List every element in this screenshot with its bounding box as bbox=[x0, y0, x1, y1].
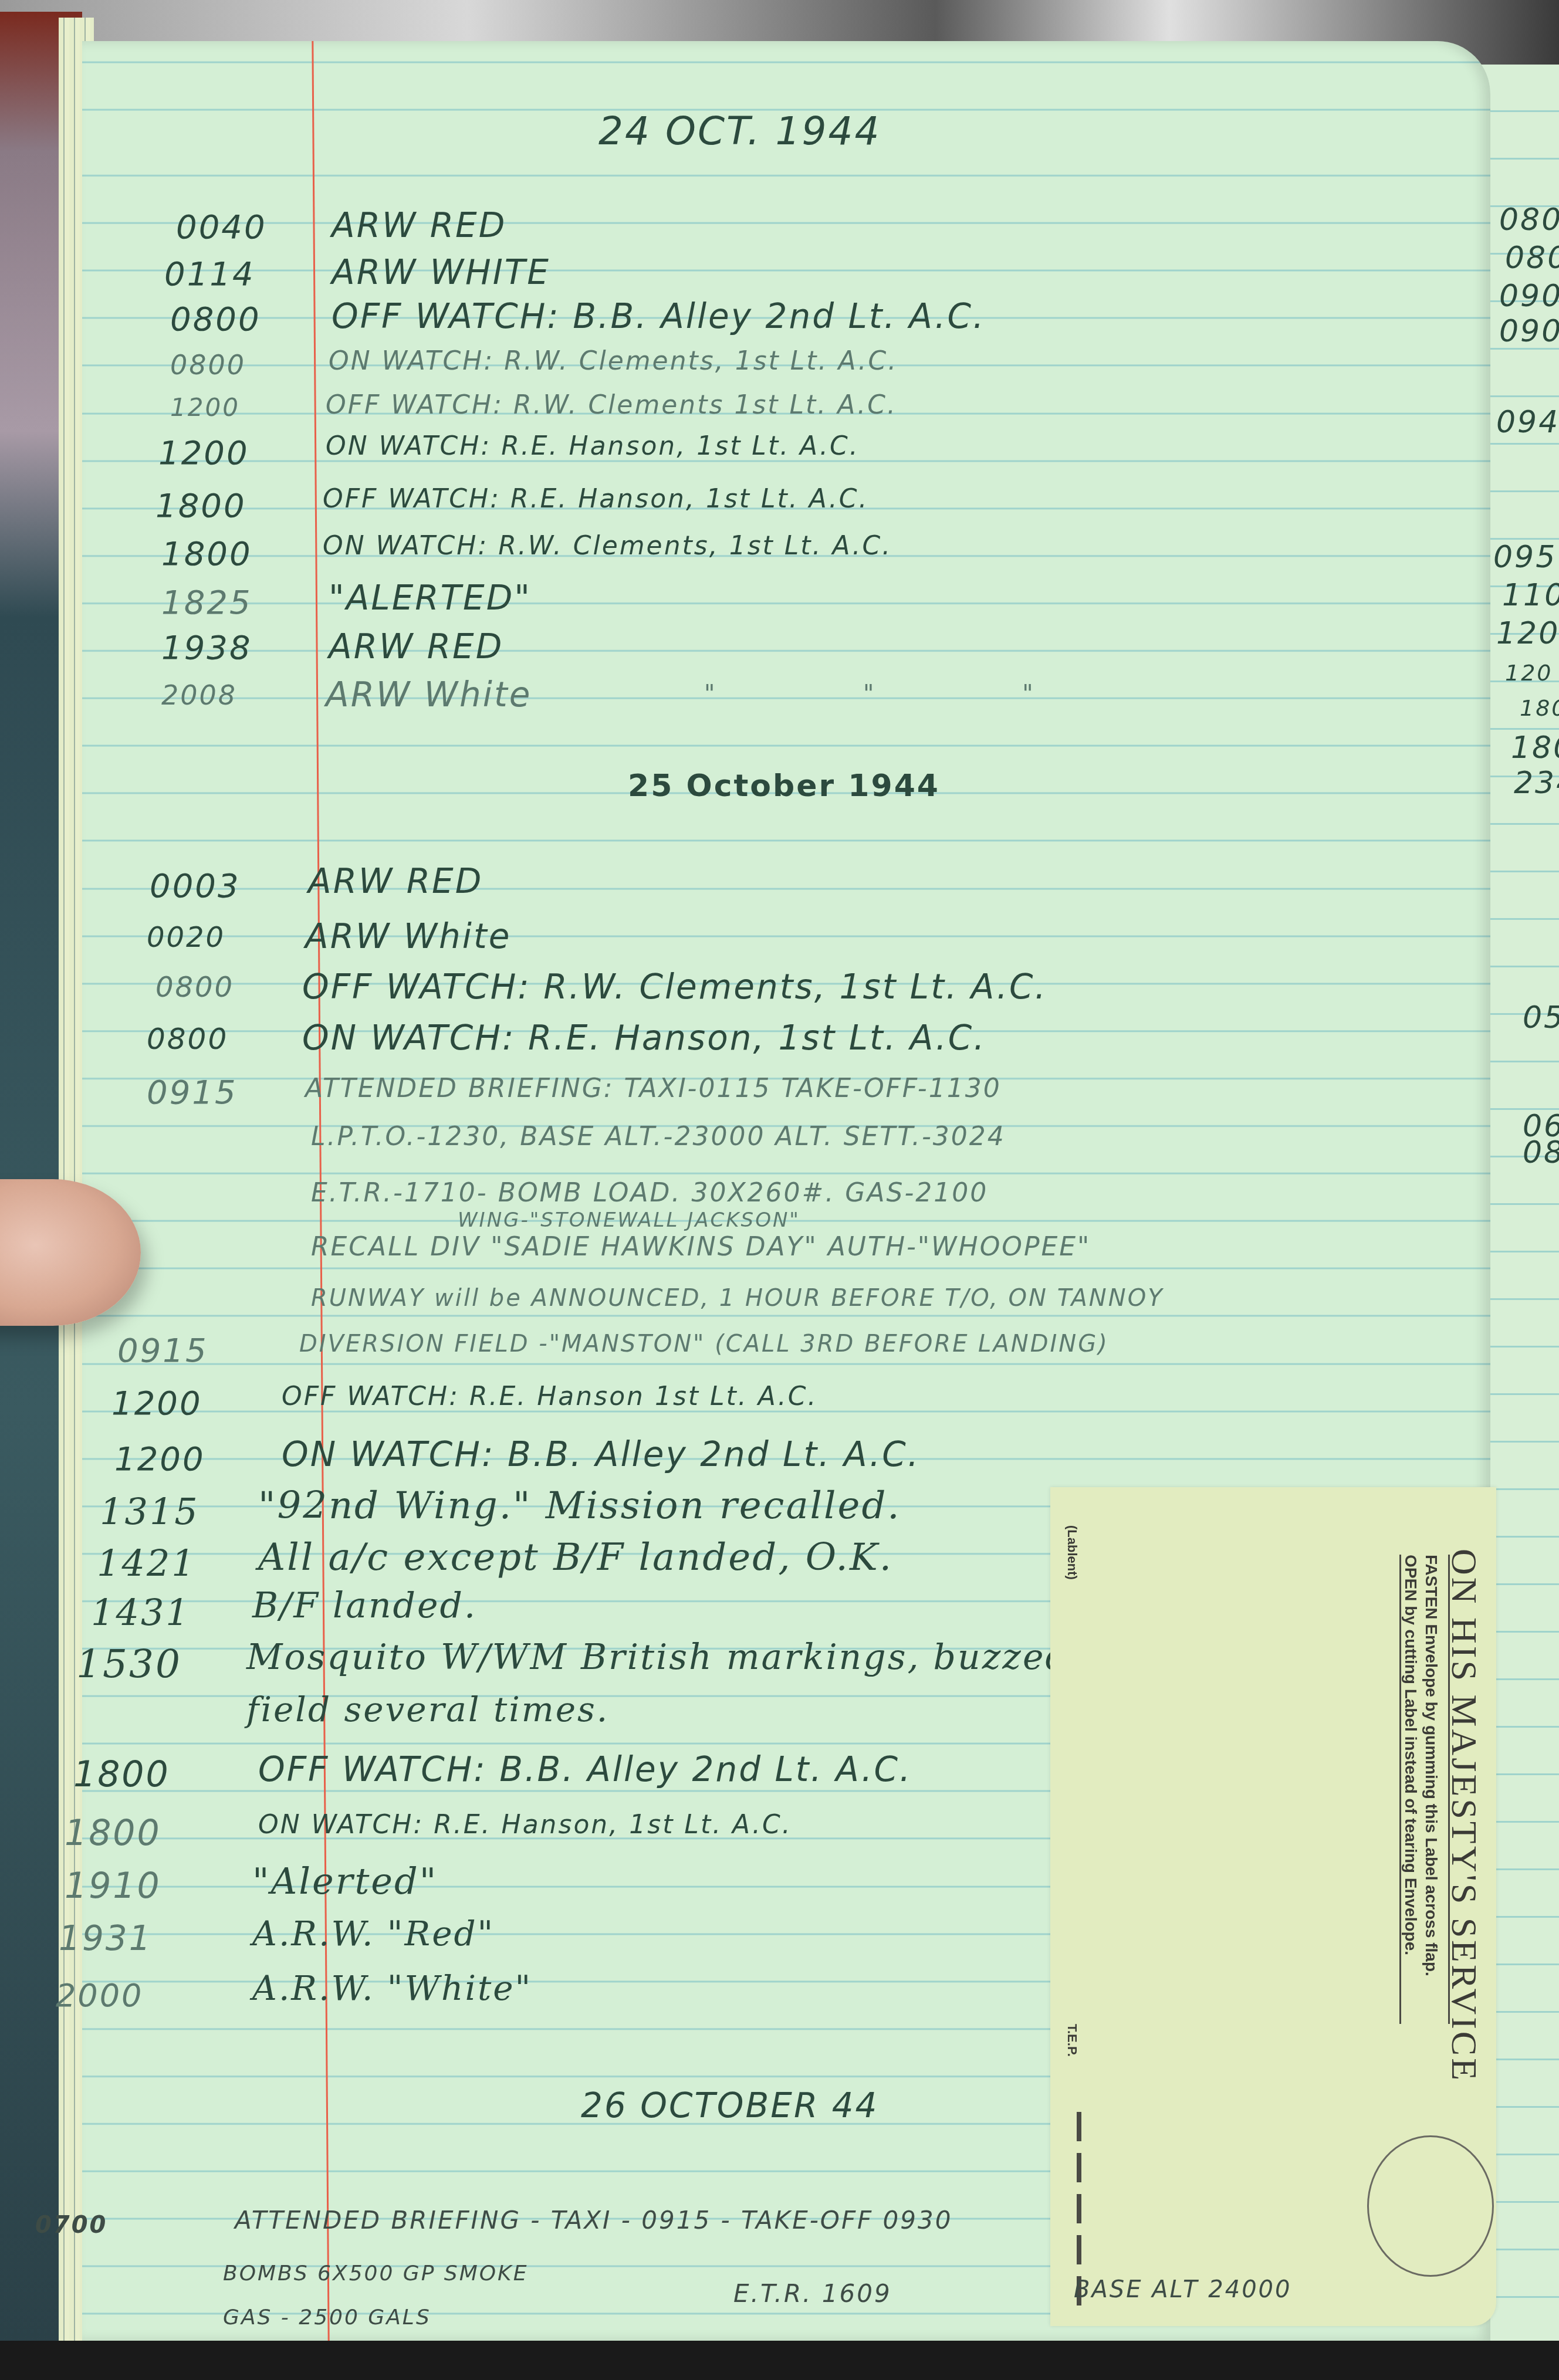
edge-time: 0900 bbox=[1499, 314, 1559, 349]
entry-text: OFF WATCH: R.E. Hanson, 1st Lt. A.C. bbox=[323, 484, 868, 514]
envelope-instruction-open: OPEN by cutting Label instead of tearing… bbox=[1401, 1555, 1420, 1955]
date-header-25-oct: 25 October 1944 bbox=[628, 768, 940, 804]
entry-text: ARW White bbox=[305, 916, 511, 956]
entry-time: 0114 bbox=[164, 255, 255, 293]
entry-text: RUNWAY will be ANNOUNCED, 1 HOUR BEFORE … bbox=[311, 1285, 1164, 1312]
entry-text: ARW WHITE bbox=[332, 252, 550, 292]
edge-time: 180 bbox=[1511, 730, 1559, 766]
entry-time: 1800 bbox=[73, 1754, 170, 1795]
entry-time: 1200 bbox=[111, 1384, 202, 1423]
edge-time: 120 bbox=[1505, 660, 1553, 686]
entry-text: A.R.W. "Red" bbox=[252, 1914, 495, 1954]
date-header-24-oct: 24 OCT. 1944 bbox=[598, 109, 881, 154]
entry-text: All a/c except B/F landed, O.K. bbox=[258, 1536, 893, 1579]
entry-time: 1938 bbox=[161, 629, 252, 667]
entry-text: OFF WATCH: R.W. Clements, 1st Lt. A.C. bbox=[302, 967, 1047, 1007]
entry-time: 0800 bbox=[147, 1022, 228, 1056]
entry-time: 1800 bbox=[155, 487, 246, 525]
entry-text: ON WATCH: R.W. Clements, 1st Lt. A.C. bbox=[329, 346, 898, 376]
entry-time: 1931 bbox=[59, 1918, 153, 1958]
edge-time: 120 bbox=[1496, 616, 1559, 651]
entry-text: E.T.R.-1710- BOMB LOAD. 30X260#. GAS-210… bbox=[311, 1178, 988, 1208]
entry-time: 2008 bbox=[161, 679, 237, 711]
edge-time: 095 bbox=[1493, 540, 1557, 575]
entry-time: 1800 bbox=[65, 1813, 161, 1854]
entry-text: A.R.W. "White" bbox=[252, 1968, 532, 2008]
edge-time: 0900 bbox=[1499, 279, 1559, 314]
edge-time: 0800 bbox=[1505, 241, 1559, 276]
entry-text: ON WATCH: R.E. Hanson, 1st Lt. A.C. bbox=[258, 1810, 792, 1840]
entry-text: ATTENDED BRIEFING: TAXI-0115 TAKE-OFF-11… bbox=[305, 1074, 1002, 1103]
ditto-marks: " " " bbox=[704, 681, 1104, 707]
edge-time: 094 bbox=[1496, 405, 1559, 440]
edge-time: 234 bbox=[1514, 766, 1559, 801]
entry-time: 1315 bbox=[100, 1490, 199, 1533]
stamp-circle bbox=[1367, 2135, 1494, 2277]
entry-time: 1530 bbox=[76, 1641, 182, 1687]
entry-time: 1421 bbox=[97, 1542, 197, 1585]
entry-text: "Alerted" bbox=[252, 1860, 438, 1902]
date-header-26-oct: 26 OCTOBER 44 bbox=[581, 2086, 878, 2125]
entry-time: 1200 bbox=[170, 393, 240, 422]
envelope-instruction-fasten: FASTEN Envelope by gumming this Label ac… bbox=[1422, 1555, 1440, 1976]
entry-text: ARW RED bbox=[308, 861, 483, 901]
entry-text: "ALERTED" bbox=[329, 578, 532, 618]
entry-text: ON WATCH: R.E. Hanson, 1st Lt. A.C. bbox=[302, 1018, 986, 1058]
entry-time: 2000 bbox=[56, 1977, 143, 2014]
envelope-rule bbox=[1399, 1555, 1401, 2024]
entry-text: B/F landed. bbox=[252, 1585, 477, 1626]
entry-time: 1200 bbox=[114, 1440, 205, 1478]
entry-time: 1800 bbox=[161, 535, 252, 573]
entry-time: 0915 bbox=[117, 1332, 208, 1370]
edge-time: 05 bbox=[1523, 1000, 1559, 1035]
entry-time: 0800 bbox=[155, 971, 234, 1004]
entry-text: OFF WATCH: B.B. Alley 2nd Lt. A.C. bbox=[258, 1749, 912, 1789]
entry-time: 0800 bbox=[170, 349, 246, 381]
entry-text: Mosquito W/WM British markings, buzzed bbox=[246, 1637, 1070, 1678]
envelope-side-label: (Lablent) bbox=[1064, 1525, 1080, 1580]
edge-time: 0800 bbox=[1499, 202, 1559, 238]
edge-time: 08 bbox=[1523, 1135, 1559, 1170]
edge-time: 180 bbox=[1520, 695, 1559, 721]
entry-text: DIVERSION FIELD -"MANSTON" (CALL 3RD BEF… bbox=[299, 1331, 1109, 1357]
entry-text: ARW White bbox=[326, 675, 532, 715]
entry-text: RECALL DIV "SADIE HAWKINS DAY" AUTH-"WHO… bbox=[311, 1232, 1091, 1262]
entry-text: ATTENDED BRIEFING - TAXI - 0915 - TAKE-O… bbox=[235, 2206, 952, 2235]
entry-text: L.P.T.O.-1230, BASE ALT.-23000 ALT. SETT… bbox=[311, 1122, 1006, 1152]
entry-time: 0040 bbox=[176, 208, 267, 246]
envelope-rule bbox=[1448, 1555, 1450, 2024]
entry-text: OFF WATCH: B.B. Alley 2nd Lt. A.C. bbox=[332, 296, 985, 336]
entry-time: 1431 bbox=[91, 1591, 191, 1634]
entry-time: 0020 bbox=[147, 921, 225, 954]
entry-time: 1825 bbox=[161, 584, 252, 622]
entry-text-superscript: WING-"STONEWALL JACKSON" bbox=[458, 1208, 800, 1232]
entry-time: 0915 bbox=[147, 1074, 238, 1112]
entry-text: OFF WATCH: R.W. Clements 1st Lt. A.C. bbox=[326, 390, 897, 420]
entry-time: 0700 bbox=[35, 2212, 107, 2239]
entry-text: ON WATCH: R.W. Clements, 1st Lt. A.C. bbox=[323, 531, 892, 561]
edge-time: 110 bbox=[1502, 578, 1559, 613]
entry-text: ARW RED bbox=[332, 205, 506, 245]
entry-time: 1910 bbox=[65, 1866, 161, 1907]
envelope-printer-mark: T.E.P. bbox=[1064, 2024, 1080, 2057]
entry-text: ON WATCH: B.B. Alley 2nd Lt. A.C. bbox=[282, 1434, 920, 1474]
entry-text: ON WATCH: R.E. Hanson, 1st Lt. A.C. bbox=[326, 431, 860, 461]
background-bottom bbox=[0, 2341, 1559, 2380]
entry-text: BOMBS 6X500 GP SMOKE bbox=[223, 2261, 528, 2286]
entry-time: 1200 bbox=[158, 434, 249, 472]
entry-time: 0800 bbox=[170, 300, 261, 338]
entry-time: 0003 bbox=[150, 867, 241, 905]
entry-text: "92nd Wing." Mission recalled. bbox=[258, 1484, 901, 1528]
entry-text: ARW RED bbox=[329, 627, 503, 666]
entry-text: OFF WATCH: R.E. Hanson 1st Lt. A.C. bbox=[282, 1382, 817, 1411]
entry-text: E.T.R. 1609 bbox=[733, 2279, 892, 2308]
entry-text: BASE ALT 24000 bbox=[1074, 2276, 1292, 2303]
entry-text: field several times. bbox=[246, 1690, 609, 1729]
entry-text: GAS - 2500 GALS bbox=[223, 2305, 431, 2330]
